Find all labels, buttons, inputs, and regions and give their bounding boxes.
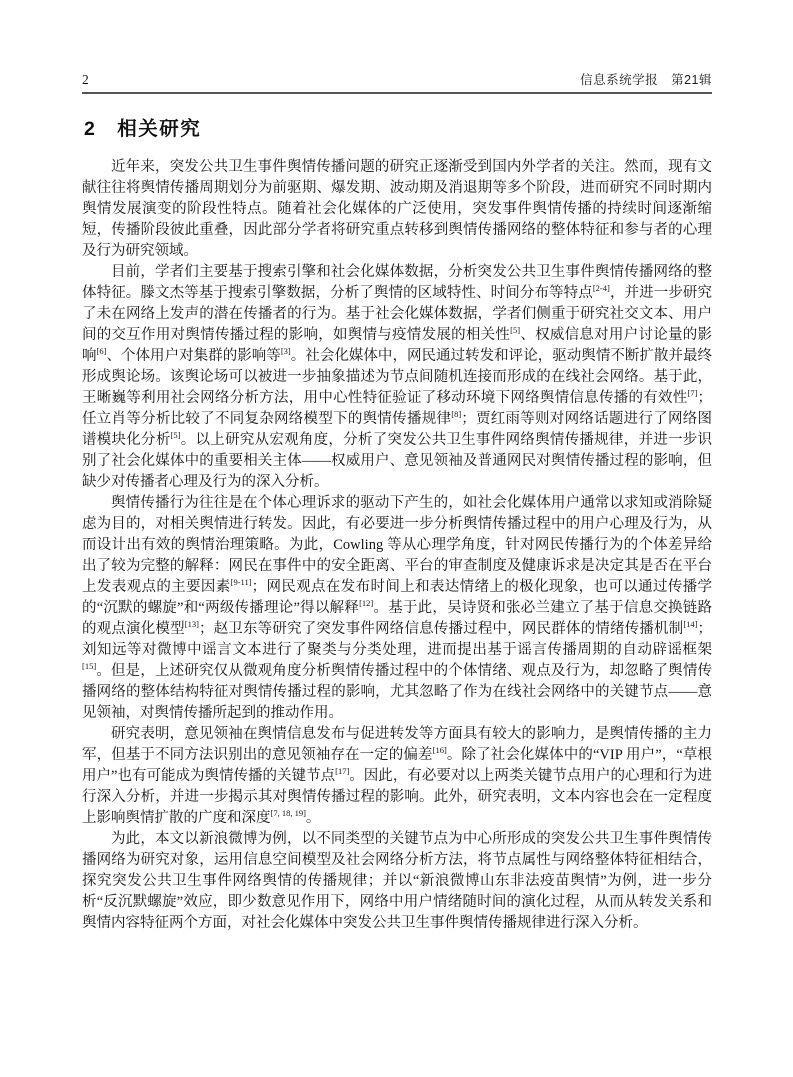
citation-marker: [3]: [281, 346, 291, 356]
section-heading: 2 相关研究: [84, 113, 201, 141]
paragraph: 目前，学者们主要基于搜索引擎和社会化媒体数据，分析突发公共卫生事件舆情传播网络的…: [82, 262, 712, 493]
citation-marker: [5]: [171, 430, 181, 440]
citation-marker: [14]: [683, 619, 697, 629]
citation-marker: [17]: [335, 766, 349, 776]
citation-marker: [16]: [433, 745, 447, 755]
section-number: 2: [84, 118, 95, 140]
running-head: 2 信息系统学报 第21辑: [82, 70, 712, 88]
citation-marker: [6]: [97, 346, 107, 356]
citation-marker: [12]: [359, 598, 373, 608]
citation-marker: [8]: [451, 409, 461, 419]
paragraph: 舆情传播行为往往是在个体心理诉求的驱动下产生的，如社会化媒体用户通常以求知或消除…: [82, 493, 712, 724]
citation-marker: [15]: [82, 661, 96, 671]
citation-marker: [7]: [688, 388, 698, 398]
document-page: 2 信息系统学报 第21辑 2 相关研究 近年来，突发公共卫生事件舆情传播问题的…: [0, 0, 793, 1077]
header-rule: [82, 92, 712, 94]
citation-marker: [9-11]: [231, 577, 252, 587]
article-body: 近年来，突发公共卫生事件舆情传播问题的研究正逐渐受到国内外学者的关注。然而，现有…: [82, 157, 712, 934]
journal-title: 信息系统学报 第21辑: [580, 70, 712, 88]
citation-marker: [7, 18, 19]: [271, 808, 306, 818]
citation-marker: [13]: [185, 619, 199, 629]
citation-marker: [2-4]: [593, 283, 610, 293]
paragraph: 研究表明，意见领袖在舆情信息发布与促进转发等方面具有较大的影响力，是舆情传播的主…: [82, 724, 712, 829]
paragraph: 为此，本文以新浪微博为例，以不同类型的关键节点为中心所形成的突发公共卫生事件舆情…: [82, 829, 712, 934]
citation-marker: [5]: [510, 325, 520, 335]
page-number: 2: [82, 72, 89, 88]
section-title: 相关研究: [117, 118, 201, 140]
paragraph: 近年来，突发公共卫生事件舆情传播问题的研究正逐渐受到国内外学者的关注。然而，现有…: [82, 157, 712, 262]
